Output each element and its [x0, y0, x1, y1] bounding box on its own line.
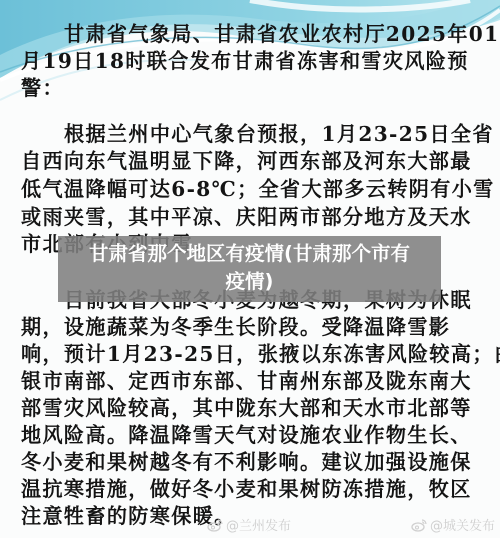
header-line: 月19日18时联合发布甘肃省冻害和雪灾风险预 — [21, 48, 469, 75]
paragraph-line: 期，设施蔬菜为冬季生长阶段。受降温降雪影 — [21, 314, 450, 341]
header-line: 甘肃省气象局、甘肃省农业农村厅2025年01 — [64, 21, 500, 48]
weibo-icon — [207, 518, 223, 532]
watermark-chengguan: @城关发布 — [411, 515, 495, 534]
paragraph-line: 自西向东气温明显下降，河西东部及河东大部最 — [21, 148, 472, 175]
paragraph-line: 或雨夹雪，其中平凉、庆阳两市部分地方及天水 — [21, 204, 472, 231]
overlay-title[interactable]: 甘肃省那个地区有疫情(甘肃那个市有 疫情) — [58, 240, 441, 296]
weibo-icon — [411, 518, 427, 532]
paragraph-line: 部雪灾风险较高，其中陇东大部和天水市北部等 — [21, 395, 472, 422]
overlay-title-line: 疫情) — [58, 268, 441, 296]
paragraph-line: 地风险高。降温降雪天气对设施农业作物生长、 — [21, 422, 472, 449]
paragraph-line: 低气温降幅可达6-8℃；全省大部多云转阴有小雪 — [21, 176, 495, 203]
watermark-text: @城关发布 — [430, 515, 495, 534]
paragraph-line: 注意牲畜的防寒保暖。 — [21, 503, 236, 530]
title-overlay[interactable]: 甘肃省那个地区有疫情(甘肃那个市有 疫情) — [58, 236, 441, 302]
paragraph-line: 根据兰州中心气象台预报，1月23-25日全省 — [64, 121, 494, 148]
paragraph-line: 温抗寒措施，做好冬小麦和果树防冻措施，牧区 — [21, 476, 472, 503]
watermark-lanzhou: @兰州发布 — [207, 515, 291, 534]
overlay-title-line: 甘肃省那个地区有疫情(甘肃那个市有 — [58, 240, 441, 268]
paragraph-line: 银市南部、定西市东部、甘南州东部及陇东南大 — [21, 368, 472, 395]
watermark-text: @兰州发布 — [226, 515, 291, 534]
paragraph-line: 响，预计1月23-25日，张掖以东冻害风险较高；白 — [21, 341, 500, 368]
header-line: 警： — [21, 75, 64, 102]
paragraph-line: 冬小麦和果树越冬有不利影响。建议加强设施保 — [21, 449, 472, 476]
